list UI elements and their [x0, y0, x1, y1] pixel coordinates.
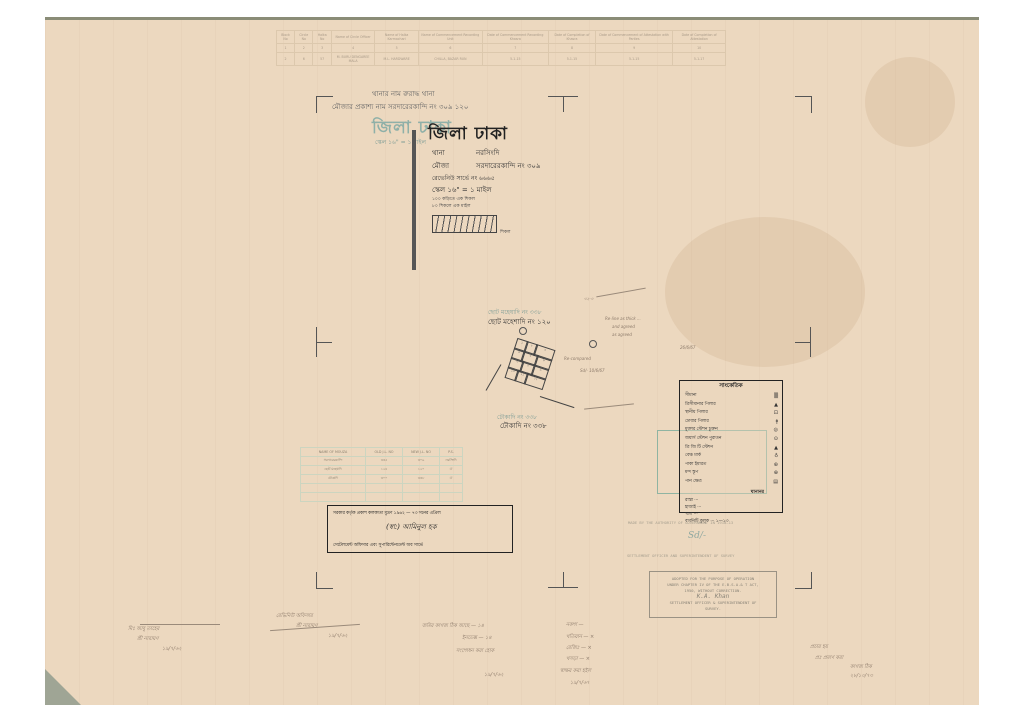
- table-row: ঢৌকাদি ৩০০ ৩৩৮ ঐ: [301, 475, 463, 484]
- table-cell: ৩০০: [366, 475, 403, 484]
- table-cell: 2: [277, 53, 295, 66]
- adoption-stamp: ADOPTED FOR THE PURPOSE OF OPERATION UND…: [649, 571, 777, 618]
- pencil-note: ৩২-৩: [584, 296, 593, 303]
- legend-label: পান ক্ষেত্র: [685, 479, 701, 484]
- table-row: সরদারেরকান্দি ৩৩৫ ৩০৯ নরসিংদি: [301, 457, 463, 466]
- boundary-symbol-icon: ▒: [774, 392, 778, 401]
- legend-label: পাকা ইমারত: [685, 462, 706, 467]
- pillar-icon: ǂ: [776, 418, 778, 427]
- table-cell: 5: [375, 44, 419, 53]
- table-cell: 10: [673, 44, 726, 53]
- table-cell: 2: [295, 44, 313, 53]
- tri-junction-pillar-icon: ▲: [774, 401, 778, 410]
- pencil-note: রেভিনিউ অফিসার: [276, 613, 313, 621]
- pencil-note: নকশা —: [566, 622, 583, 630]
- header-cell: Date of Commencement of Attestation with…: [596, 31, 673, 44]
- table-cell: ঐ: [440, 475, 463, 484]
- mouza-value: সরদারেরকান্দি নং ৩০৯: [476, 160, 541, 172]
- table-cell: ৩৩৮: [403, 475, 440, 484]
- publication-signature-box: সরকার কর্তৃক প্রকাশ কলকাতা মুদ্রণ ১৯৬২ —…: [327, 505, 513, 553]
- legend-label: মুক্তার স্টেশন চুক্তন: [685, 427, 718, 432]
- south-village-label: ঢৌকাদি নং ৩৩৮: [500, 420, 547, 432]
- officer-signature: (স্বা:) আমিনুল হক: [386, 521, 437, 533]
- legend-extra-item: রাস্তা ···: [680, 497, 782, 504]
- legend-item: ত্রি জি টি স্টেশন▲: [680, 444, 782, 453]
- legend-item: পান ক্ষেত্র▤: [680, 478, 782, 487]
- table-cell: ১২৪: [366, 466, 403, 475]
- revenue-survey-number: রেভেনিউ সার্ভে নং ৬৬৬৫: [432, 173, 495, 184]
- pucca-building-icon: ⊛: [774, 461, 778, 470]
- header-cell: Date of Completion of Attestation: [673, 31, 726, 44]
- table-cell: 1: [277, 44, 295, 53]
- scale-bar: [432, 215, 497, 233]
- bench-mark-icon: ♁: [774, 452, 778, 461]
- table-row: [301, 493, 463, 502]
- officer-designation: সেটেলমেন্ট অফিসার এবং সুপারিন্টেনডেন্ট অ…: [333, 542, 423, 549]
- pencil-note: ১৯/৭/৬২: [162, 646, 182, 654]
- table-row: ছোট মহেষাদি ১২৪ ১২০ ঐ: [301, 466, 463, 475]
- scale-note-2: ৮০ শিকলে এক মাইল: [432, 203, 470, 210]
- table-cell: 8: [548, 44, 595, 53]
- table-cell: 5-1-15: [548, 53, 595, 66]
- pencil-note: as agreed: [612, 332, 632, 337]
- header-cell: NAME OF MOUZA: [301, 448, 366, 457]
- table-cell: ৩৩৫: [366, 457, 403, 466]
- pencil-note: ১৯/৭/৬৭: [570, 680, 590, 688]
- legend-title: সাংকেতিক: [680, 383, 782, 391]
- mouza-published-line: মৌজার প্রকাশ্য নাম সরদারেরকান্দি নং ৩০৯ …: [332, 101, 468, 113]
- station-new-icon: ◎: [774, 426, 778, 435]
- stamp-line: SURVEY.: [650, 606, 776, 612]
- village-table: NAME OF MOUZA OLD J.L. NO NEW J.L. NO P.…: [300, 447, 463, 502]
- pencil-note: কাগজ ঠিক: [850, 664, 872, 672]
- strip-divider: [412, 130, 416, 270]
- table-cell: 5-1-15: [482, 53, 548, 66]
- mound-icon: ⊕: [774, 469, 778, 478]
- pencil-note: শ্রী নারায়ণ: [137, 636, 158, 644]
- registration-mark: [316, 96, 333, 113]
- legend-item: মন্দ স্তূপ⊕: [680, 469, 782, 478]
- table-cell: ছোট মহেষাদি: [301, 466, 366, 475]
- table-cell: ঐ: [440, 466, 463, 475]
- pencil-note: ইনডেক্স — ১৪: [462, 635, 492, 643]
- registration-mark: [795, 572, 812, 589]
- table-cell: 57: [313, 53, 331, 66]
- publication-line: সরকার কর্তৃক প্রকাশ কলকাতা মুদ্রণ ১৯৬২ —…: [333, 510, 441, 517]
- scale-unit-label: শিকল: [500, 229, 510, 236]
- table-row: 2 6 57 M. BURU DENGAREE MALA M.L. HARDWA…: [277, 53, 726, 66]
- legend-label: ঢোবার পিলার: [685, 419, 709, 424]
- local-pillar-icon: ⊡: [774, 409, 778, 418]
- table-cell: M.L. HARDWARE: [375, 53, 419, 66]
- header-cell: P.S.: [440, 448, 463, 457]
- registration-mark: [563, 572, 564, 588]
- scale-ghost: স্কেল ১৬" = ১ মাইল: [375, 137, 426, 148]
- pencil-note: স্বাক্ষর করা হইল: [560, 668, 591, 676]
- pencil-note: ২৮/১০/৭৩: [850, 673, 873, 681]
- betel-field-icon: ▤: [773, 478, 778, 487]
- table-cell: ১২০: [403, 466, 440, 475]
- pencil-note: ১৯/৭/৬২: [484, 672, 504, 680]
- header-cell: Date of Commencement Recording Khasra: [482, 31, 548, 44]
- legend-footer-title: ঘানানর: [680, 489, 782, 496]
- legend-item: বেঞ্চ মার্ক♁: [680, 452, 782, 461]
- header-cell: Circle No: [295, 31, 313, 44]
- thana-value: নরসিংদি: [476, 147, 499, 159]
- settlement-officer-signature: Sd/-: [688, 531, 706, 541]
- scale-note-1: ১০০ কড়িতে এক শিকল: [432, 196, 475, 203]
- legend-item: মুক্তার স্টেশন চুক্তন◎: [680, 426, 782, 435]
- pencil-note: 26/6/67: [680, 345, 695, 350]
- table-cell: 5-1-15: [596, 53, 673, 66]
- registration-mark: [795, 96, 812, 113]
- pencil-note: Re-compared: [564, 356, 591, 361]
- table-cell: সরদারেরকান্দি: [301, 457, 366, 466]
- header-cell: Name of Commencement Recording Unit: [418, 31, 482, 44]
- header-cell: Block No: [277, 31, 295, 44]
- paper-stain: [865, 57, 955, 147]
- header-cell: NEW J.L. NO: [403, 448, 440, 457]
- top-record-table: Block No Circle No Halka No Name of Circ…: [276, 30, 726, 66]
- table-cell: 7: [482, 44, 548, 53]
- legend-label: মন্দ স্তূপ: [685, 470, 698, 475]
- header-cell: OLD J.L. NO: [366, 448, 403, 457]
- table-cell: ঢৌকাদি: [301, 475, 366, 484]
- legend-box: সাংকেতিক সীমানা▒ ত্রিসীমানার পিলার▲ স্থা…: [679, 380, 783, 513]
- pencil-note: ১৯/৭/৬২: [328, 633, 348, 641]
- legend-label: বেঞ্চ মার্ক: [685, 453, 701, 458]
- header-cell: Halka No: [313, 31, 331, 44]
- pencil-note: জমির কাগজ ঠিক আছে — ১৪: [422, 623, 484, 631]
- header-cell: Name of Circle Officer: [331, 31, 374, 44]
- table-cell: 9: [596, 44, 673, 53]
- registration-mark: [316, 572, 333, 589]
- district-title: জিলা ঢাকা: [428, 121, 508, 149]
- pencil-note: খতিয়ান — ×: [566, 634, 594, 642]
- north-village-label: ছোট মহেশাদি নং ১২০: [488, 316, 551, 328]
- made-by-authority: MADE BY THE AUTHORITY OF GOVERNMENT IN 1…: [628, 520, 733, 525]
- pencil-note: খসড়া — ×: [566, 656, 590, 664]
- table-cell: 6: [295, 53, 313, 66]
- survey-station-icon: [519, 327, 527, 335]
- mouza-label: মৌজা: [432, 160, 449, 172]
- table-header-row: NAME OF MOUZA OLD J.L. NO NEW J.L. NO P.…: [301, 448, 463, 457]
- survey-station-icon: [589, 340, 597, 348]
- legend-label: জয়ার্স স্টেশন পুরাতন: [685, 436, 721, 441]
- scale-label: স্কেল ১৬" = ১ মাইল: [432, 184, 492, 196]
- pencil-note: মিঃ আবু তাহের: [128, 626, 159, 634]
- pencil-note: Re-line as thick ...: [605, 316, 641, 321]
- pencil-note: সংশোধন করা হোক: [456, 648, 494, 656]
- table-cell: 5-1-17: [673, 53, 726, 66]
- table-cell: ৩০৯: [403, 457, 440, 466]
- legend-item: স্থানীয় পিলার⊡: [680, 409, 782, 418]
- legend-extra-item: খাল ···: [680, 511, 782, 518]
- thana-name-line: থানার নাম রুরাদ্ধ থানা: [372, 88, 435, 100]
- table-cell: 3: [313, 44, 331, 53]
- header-cell: Name of Halka Karmachari: [375, 31, 419, 44]
- station-old-icon: ⊙: [774, 435, 778, 444]
- pencil-note: প্রচার হয়: [810, 644, 828, 652]
- pencil-note: প্রঃ প্রমাণ করা: [815, 655, 843, 663]
- registration-mark: [316, 342, 332, 343]
- legend-label: স্থানীয় পিলার: [685, 410, 708, 415]
- legend-label: ত্রি জি টি স্টেশন: [685, 445, 713, 450]
- pencil-note: Sd/- 10/6/67: [580, 368, 605, 373]
- legend-label: ত্রিসীমানার পিলার: [685, 402, 716, 407]
- legend-extra-item: হাজাই ···: [680, 504, 782, 511]
- settlement-officer-line: SETTLEMENT OFFICER AND SUPERINTENDENT OF…: [627, 553, 734, 558]
- table-number-row: 1 2 3 4 5 6 7 8 9 10: [277, 44, 726, 53]
- registration-mark: [795, 342, 811, 343]
- legend-item: ঢোবার পিলারǂ: [680, 418, 782, 427]
- table-cell: 6: [418, 44, 482, 53]
- table-row: [301, 484, 463, 493]
- legend-item: পাকা ইমারত⊛: [680, 461, 782, 470]
- legend-item: সীমানা▒: [680, 392, 782, 401]
- legend-item: জয়ার্স স্টেশন পুরাতন⊙: [680, 435, 782, 444]
- legend-item: ত্রিসীমানার পিলার▲: [680, 401, 782, 410]
- pencil-note: and agreed: [612, 324, 635, 329]
- table-cell: নরসিংদি: [440, 457, 463, 466]
- table-cell: M. BURU DENGAREE MALA: [331, 53, 374, 66]
- legend-label: সীমানা: [685, 393, 697, 398]
- header-cell: Date of Completion of Khasra: [548, 31, 595, 44]
- table-cell: 4: [331, 44, 374, 53]
- registration-mark: [563, 96, 564, 112]
- table-cell: CHILLA, BAZAR RUN: [418, 53, 482, 66]
- thana-label: থানা: [432, 147, 445, 159]
- pencil-note: রেজিঃ — ×: [566, 645, 592, 653]
- gts-station-icon: ▲: [774, 444, 778, 453]
- pencil-line: [140, 624, 220, 625]
- table-header-row: Block No Circle No Halka No Name of Circ…: [277, 31, 726, 44]
